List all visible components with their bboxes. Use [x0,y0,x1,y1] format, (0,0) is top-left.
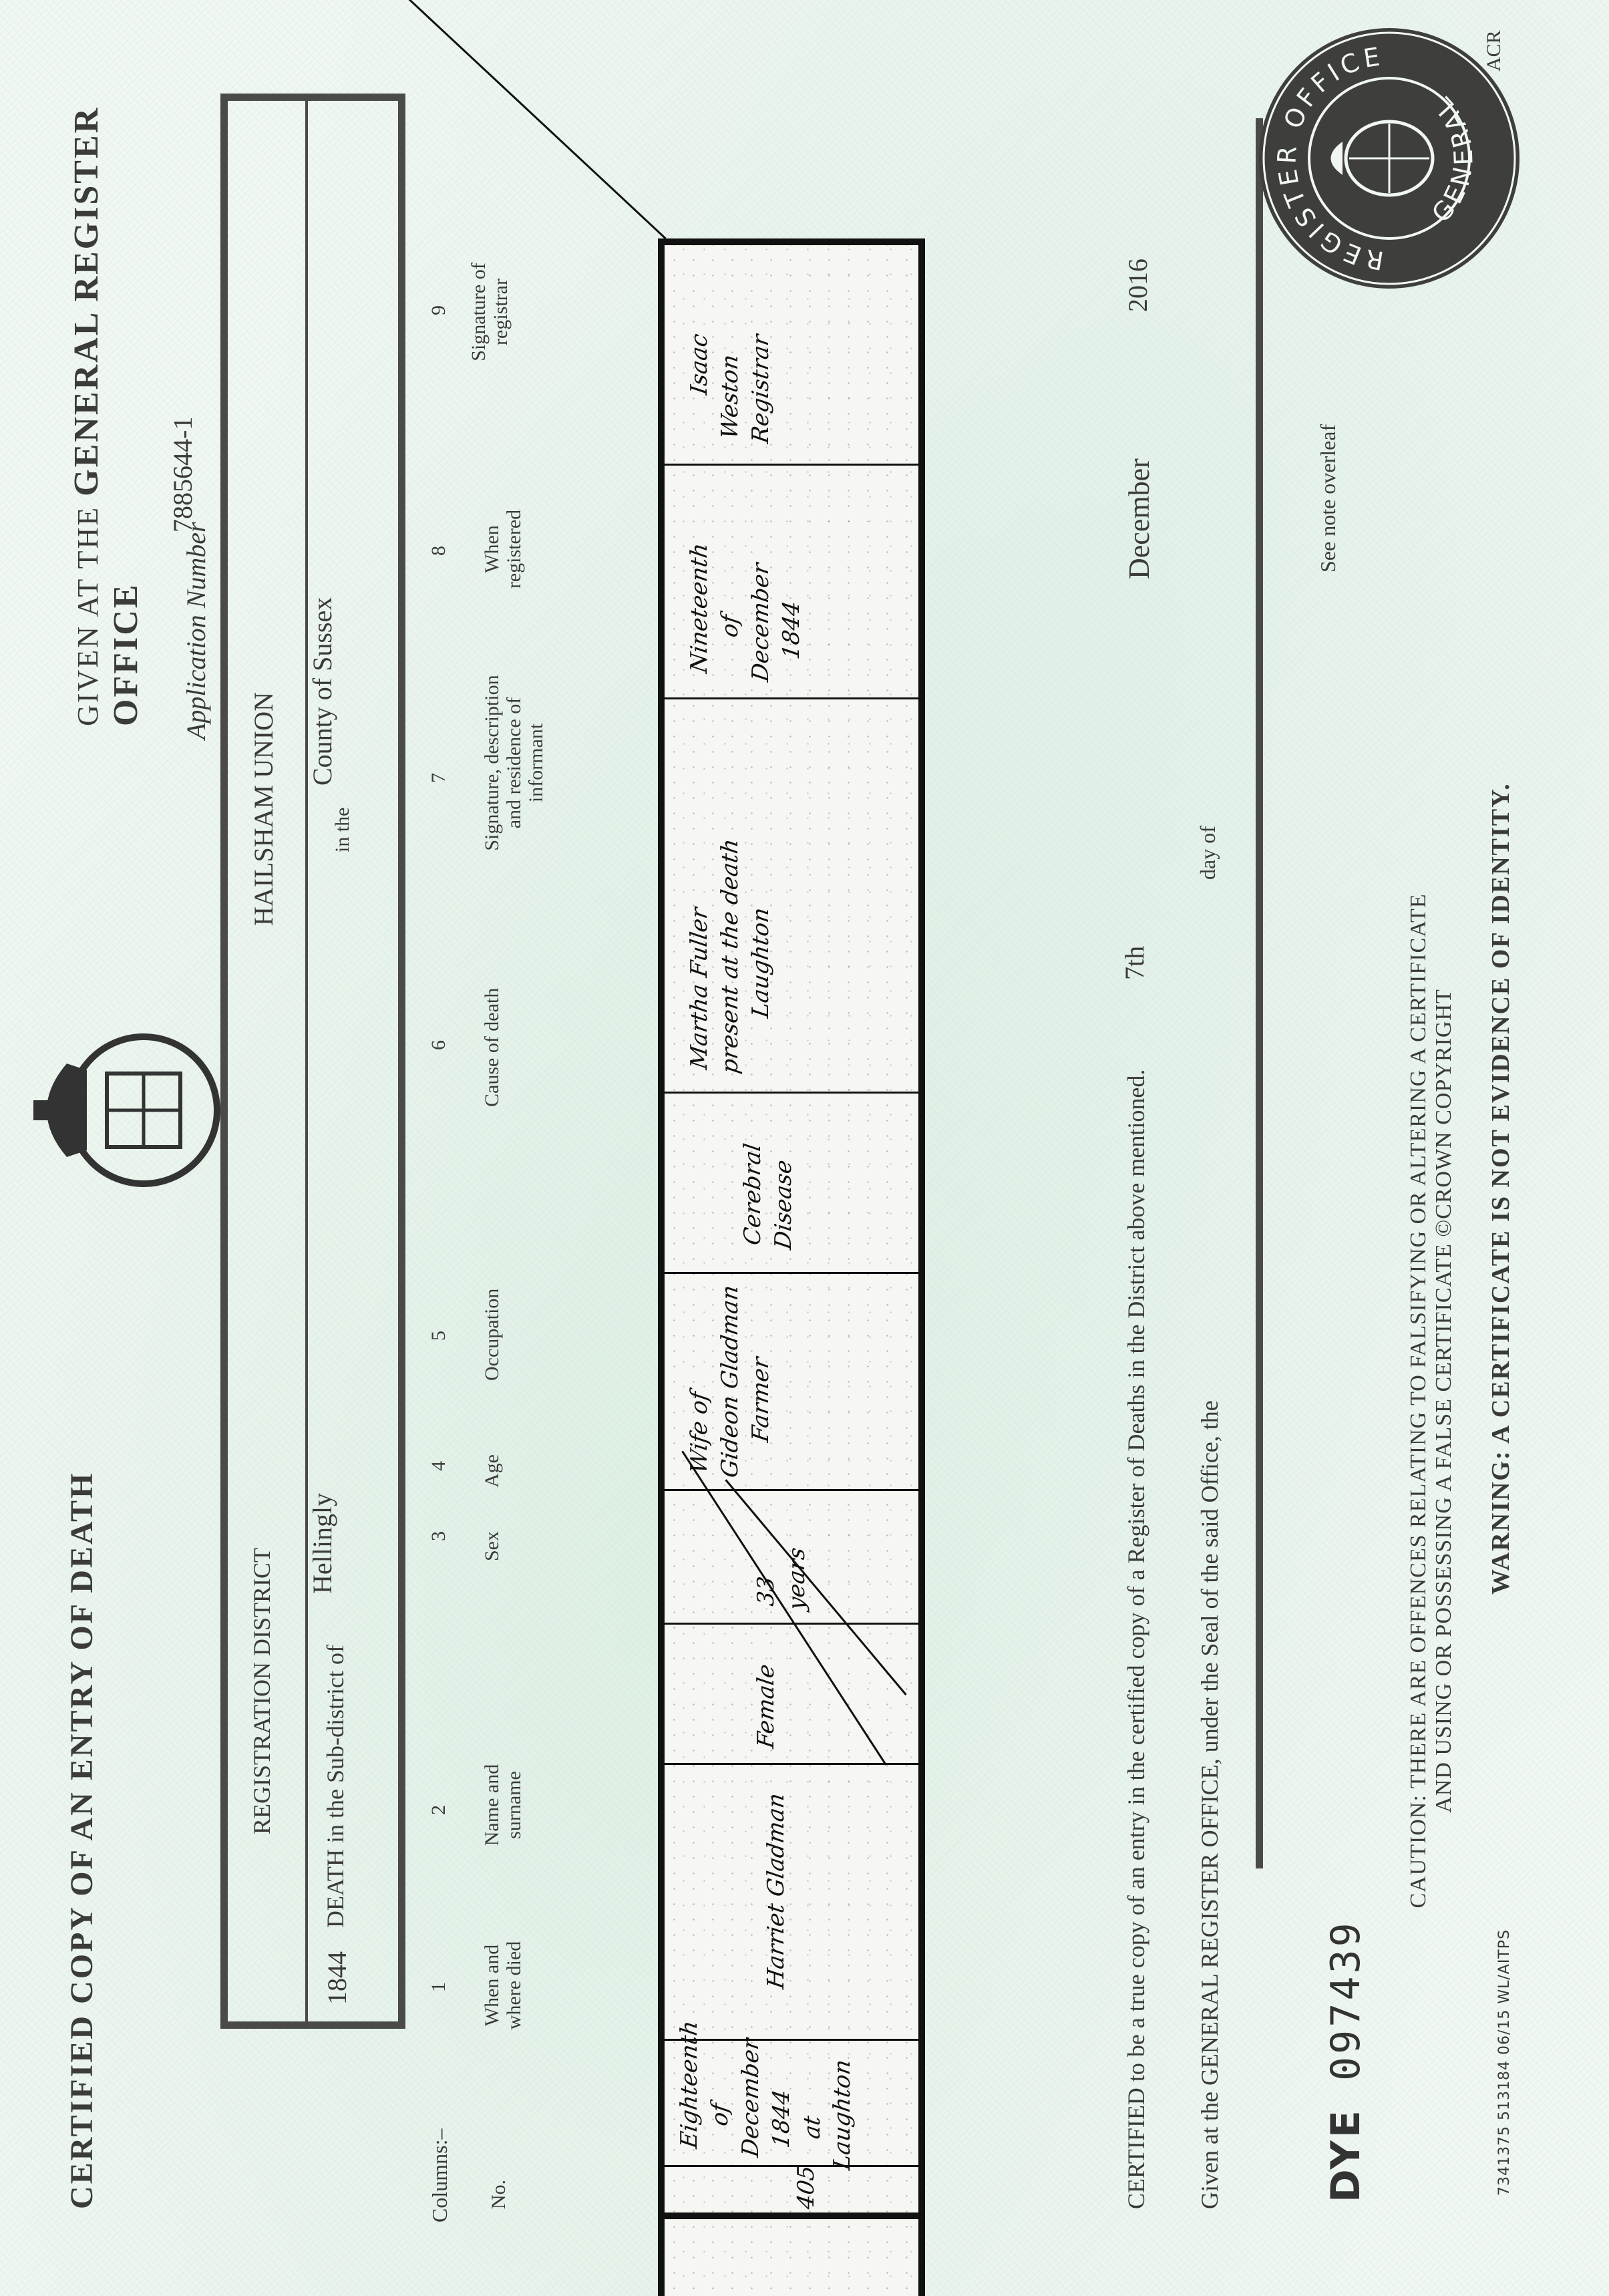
given-statement: Given at the GENERAL REGISTER OFFICE, un… [1196,1400,1224,2209]
serial-number: 097439 [1322,1920,1369,2081]
column-header-no: No. [488,2180,510,2209]
entry-age: 33 years [751,1541,813,1612]
column-header-sex: Sex [481,1531,503,1561]
column-rule [665,697,918,699]
entry-number: 405 [791,2164,822,2211]
column-number-6: 6 [427,1040,450,1050]
subdistrict-value: Hellingly [307,1493,338,1594]
strike-through-line [681,1451,887,1766]
entry-occupation: Wife of Gideon Gladman Farmer [685,1279,777,1484]
general-register-office-seal-icon: REGISTER OFFICE GENERAL [1256,25,1523,292]
issue-month: December [1122,458,1156,579]
caution-notice: CAUTION: THERE ARE OFFENCES RELATING TO … [1406,860,1457,1942]
column-rule [665,1272,918,1274]
certificate-serial: DYE 097439 [1322,1920,1369,2202]
column-rule [665,1763,918,1765]
entry-name: Harriet Gladman [761,1791,792,1991]
column-header-occupation: Occupation [481,1289,503,1381]
application-number-label: Application Number [180,522,212,740]
column-header-registrar: Signature of registrar [468,252,512,372]
column-rule [665,464,918,466]
entry-informant: Martha Fuller present at the death Laugh… [685,832,777,1080]
entry-cause: Cerebral Disease [738,1142,799,1252]
print-code: 7341375 513184 06/15 WL/AITPS [1496,1929,1513,2196]
signature-line [1256,118,1263,1868]
column-number-8: 8 [427,546,450,556]
registration-year: 1844 [321,1951,353,2005]
see-note-overleaf: See note overleaf [1316,424,1340,572]
column-header-informant: Signature, description and residence of … [481,666,547,860]
issue-day: 7th [1119,946,1150,980]
column-header-age: Age [481,1454,503,1488]
column-header-cause: Cause of death [481,988,503,1107]
in-the-label: in the [331,808,354,853]
registration-district-value: HAILSHAM UNION [248,692,279,926]
serial-prefix: DYE [1322,2108,1369,2202]
royal-crest-icon [27,1010,240,1210]
entry-when-registered: Nineteenth of December 1844 [685,541,808,688]
given-at-heading: GIVEN AT THE GENERAL REGISTER OFFICE [67,0,146,726]
entry-registrar: Isaac Weston Registrar [685,324,777,446]
column-rule [665,2212,918,2219]
column-number-3: 3 [427,1531,450,1541]
column-number-4: 4 [427,1461,450,1471]
given-prefix: GIVEN AT THE [71,506,104,726]
box-divider [305,101,308,2021]
county-value: County of Sussex [307,597,338,786]
column-rule [665,1623,918,1625]
day-of-label: day of [1196,826,1220,880]
column-number-2: 2 [427,1805,450,1815]
column-number-1: 1 [427,1982,450,1992]
column-rule [665,238,918,245]
column-number-9: 9 [427,305,450,315]
column-rule [665,1092,918,1094]
death-certificate: CERTIFIED COPY OF AN ENTRY OF DEATH GIVE… [0,0,1609,2296]
registration-district-box: REGISTRATION DISTRICT HAILSHAM UNION 184… [220,94,405,2029]
entry-sex: Female [751,1662,782,1750]
column-rule [665,1489,918,1491]
register-entry: 405 Eighteenth of December 1844 at Laugh… [658,238,925,2296]
column-header-when-registered: When registered [481,499,525,599]
column-number-7: 7 [427,773,450,783]
certified-statement: CERTIFIED to be a true copy of an entry … [1122,1070,1150,2209]
application-number: 7885644-1 [167,417,198,532]
column-header-name: Name and surname [481,1728,525,1882]
entry-when-where: Eighteenth of December 1844 at Laughton [675,2019,858,2172]
column-headers: No. 1 When and where died 2 Name and sur… [414,0,534,2296]
column-header-when-where: When and where died [481,1922,525,2049]
registration-district-label: REGISTRATION DISTRICT [248,1548,276,1834]
certificate-title: CERTIFIED COPY OF AN ENTRY OF DEATH [63,1472,100,2209]
column-number-5: 5 [427,1331,450,1341]
identity-warning: WARNING: A CERTIFICATE IS NOT EVIDENCE O… [1486,782,1515,1595]
issue-year: 2016 [1122,259,1153,312]
subdistrict-label: DEATH in the Sub-district of [321,1645,349,1928]
